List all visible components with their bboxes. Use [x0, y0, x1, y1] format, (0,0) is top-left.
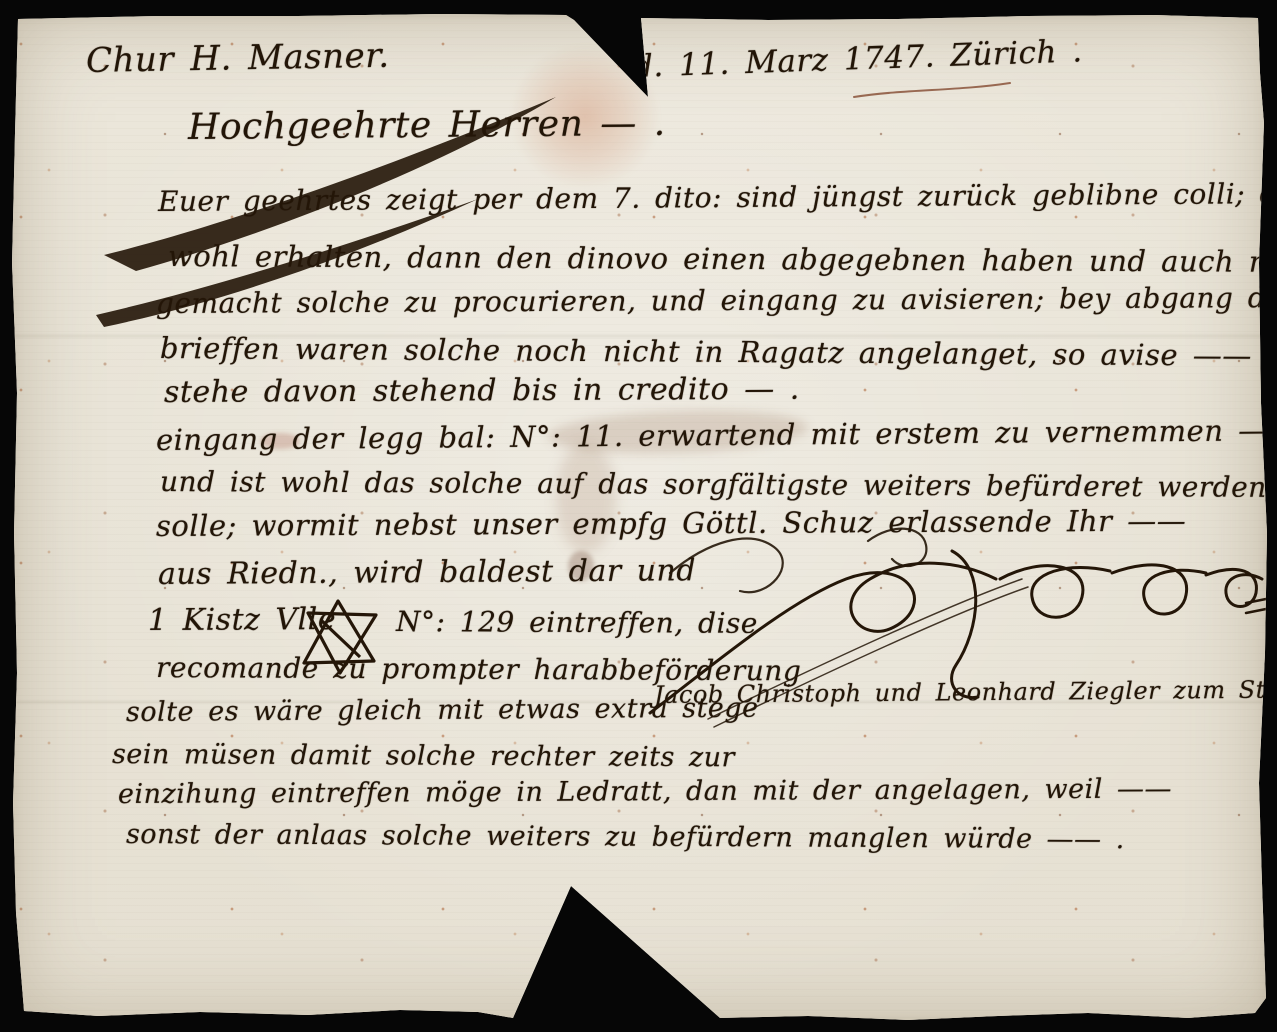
- addressee-line: Chur H. Masner.: [86, 36, 390, 81]
- body-line: brieffen waren solche noch nicht in Raga…: [160, 331, 1252, 373]
- body-line: N°: 129 eintreffen, dise: [396, 605, 758, 640]
- signature-line: Jacob Christoph und Leonhard Ziegler zum…: [654, 675, 1277, 709]
- body-line: stehe davon stehend bis in credito — .: [164, 372, 800, 410]
- body-line: aus Riedn., wird baldest dar und: [158, 553, 696, 592]
- body-line: eingang der legg bal: N°: 11. erwartend …: [156, 413, 1277, 457]
- body-line: wohl erhalten, dann den dinovo einen abg…: [168, 239, 1277, 279]
- salutation-line: Hochgeehrte Herren — .: [188, 103, 666, 148]
- body-line: solle; wormit nebst unser empfg Göttl. S…: [156, 504, 1186, 543]
- body-line: und ist wohl das solche auf das sorgfält…: [160, 465, 1267, 504]
- scan-background: Chur H. Masner. d. 11. Marz 1747. Zürich…: [0, 0, 1277, 1032]
- body-line: gemacht solche zu procurieren, und einga…: [156, 281, 1277, 320]
- body-line: Euer geehrtes zeigt per dem 7. dito: sin…: [158, 177, 1277, 218]
- body-line: einzihung eintreffen möge in Ledratt, da…: [118, 773, 1172, 810]
- dateline-underline: [854, 83, 1010, 97]
- body-line: 1 Kistz Vlle: [148, 602, 336, 638]
- dateline: d. 11. Marz 1747. Zürich .: [632, 33, 1083, 85]
- body-line: sein müsen damit solche rechter zeits zu…: [112, 739, 735, 773]
- paper-sheet: Chur H. Masner. d. 11. Marz 1747. Zürich…: [8, 13, 1269, 1025]
- body-line: sonst der anlaas solche weiters zu befür…: [126, 819, 1125, 855]
